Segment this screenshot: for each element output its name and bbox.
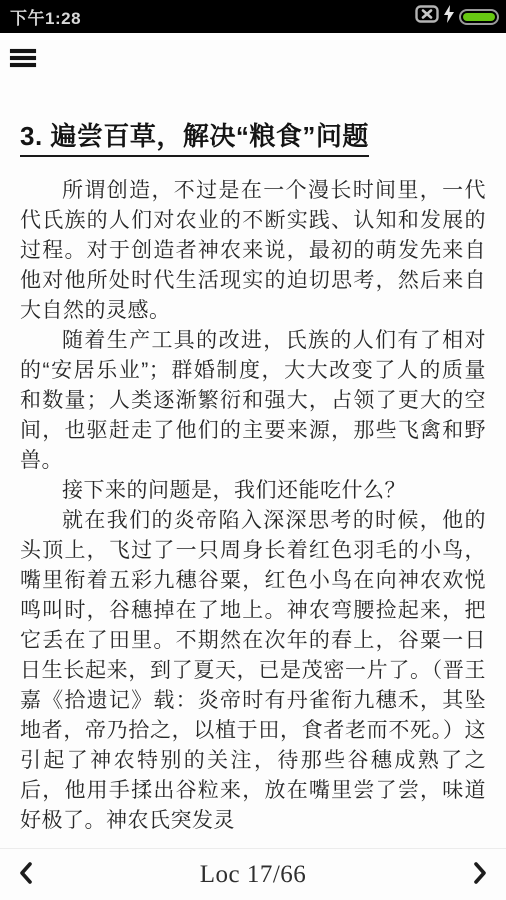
charging-icon — [444, 5, 454, 28]
menu-bar — [10, 56, 36, 60]
chevron-right-icon — [472, 861, 488, 888]
location-indicator: Loc 17/66 — [200, 861, 307, 889]
hamburger-menu-icon[interactable] — [10, 49, 36, 67]
body-text: 所谓创造，不过是在一个漫长时间里，一代代氏族的人们对农业的不断实践、认知和发展的… — [20, 176, 486, 836]
reader-content: 3. 遍尝百草，解决“粮食”问题 所谓创造，不过是在一个漫长时间里，一代代氏族的… — [0, 33, 506, 848]
battery-fill — [463, 13, 495, 21]
chevron-left-icon — [18, 861, 34, 888]
chapter-title: 3. 遍尝百草，解决“粮食”问题 — [20, 121, 486, 152]
menu-bar — [10, 49, 36, 53]
next-page-button[interactable] — [468, 857, 492, 892]
paragraph: 随着生产工具的改进，氏族的人们有了相对的“安居乐业”；群婚制度，大大改变了人的质… — [20, 326, 486, 476]
paragraph: 接下来的问题是，我们还能吃什么？ — [20, 476, 486, 506]
page-nav-bar: Loc 17/66 — [0, 848, 506, 900]
paragraph: 就在我们的炎帝陷入深深思考的时候，他的头顶上，飞过了一只周身长着红色羽毛的小鸟，… — [20, 506, 486, 836]
chapter-title-text: 3. 遍尝百草，解决“粮食”问题 — [20, 121, 369, 157]
ebook-reader-screen: 下午1:28 3. 遍尝百草，解决“粮食”问题 — [0, 0, 506, 900]
status-icons — [415, 5, 499, 28]
status-time: 下午1:28 — [10, 4, 81, 29]
paragraph: 所谓创造，不过是在一个漫长时间里，一代代氏族的人们对农业的不断实践、认知和发展的… — [20, 176, 486, 326]
prev-page-button[interactable] — [14, 857, 38, 892]
menu-bar — [10, 63, 36, 67]
status-bar: 下午1:28 — [0, 0, 506, 33]
battery-icon — [459, 9, 499, 25]
sim-missing-icon — [415, 5, 439, 28]
